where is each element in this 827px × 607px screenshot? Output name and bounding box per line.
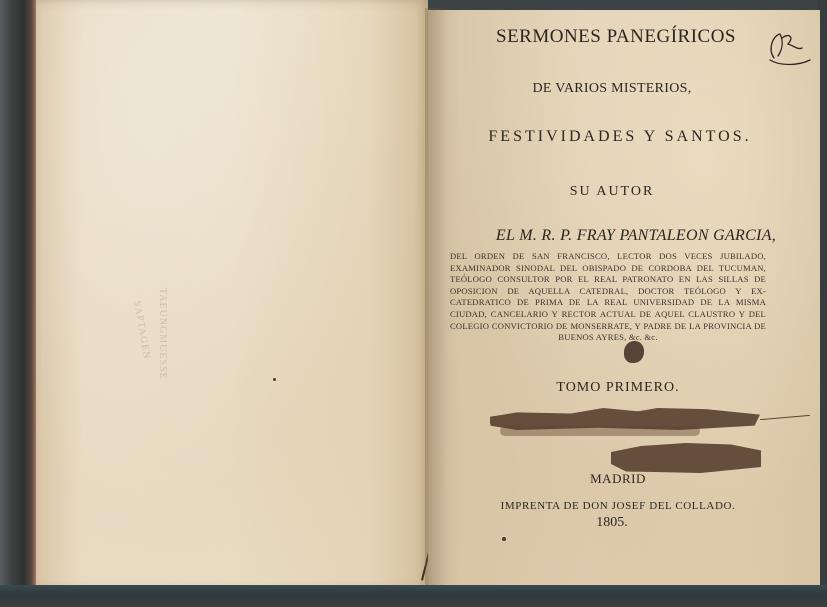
ink-blot [624, 341, 644, 363]
title-page: SERMONES PANEGÍRICOS DE VARIOS MISTERIOS… [428, 10, 820, 590]
paper-speck [502, 537, 506, 541]
paper-crack [760, 415, 810, 420]
left-page-verso: TAEUNGMUESSE SAPTAGEN [36, 0, 428, 590]
publication-city: MADRID [422, 471, 814, 487]
redaction-stain [611, 443, 761, 473]
book-subtitle-line1: DE VARIOS MISTERIOS, [416, 81, 808, 97]
author-biography: DEL ORDEN DE SAN FRANCISCO, LECTOR DOS V… [450, 251, 766, 344]
book-gutter [425, 8, 447, 593]
paper-speck [273, 378, 276, 381]
author-label: SU AUTOR [416, 184, 808, 200]
book-spine-left-edge [0, 0, 40, 607]
printer-imprint: IMPRENTA DE DON JOSEF DEL COLLADO. [422, 500, 814, 512]
book-subtitle-line2: FESTIVIDADES Y SANTOS. [424, 128, 816, 146]
publication-year: 1805. [416, 515, 808, 531]
bleed-through-text: TAEUNGMUESSE [157, 288, 168, 380]
bleed-through-text: SAPTAGEN [131, 300, 152, 360]
author-name: EL M. R. P. FRAY PANTALEON GARCIA, [440, 227, 827, 245]
book-cover-bottom-edge [0, 585, 827, 607]
book-title: SERMONES PANEGÍRICOS [420, 26, 812, 48]
redaction-stain [490, 408, 760, 430]
volume-label: TOMO PRIMERO. [422, 380, 814, 396]
